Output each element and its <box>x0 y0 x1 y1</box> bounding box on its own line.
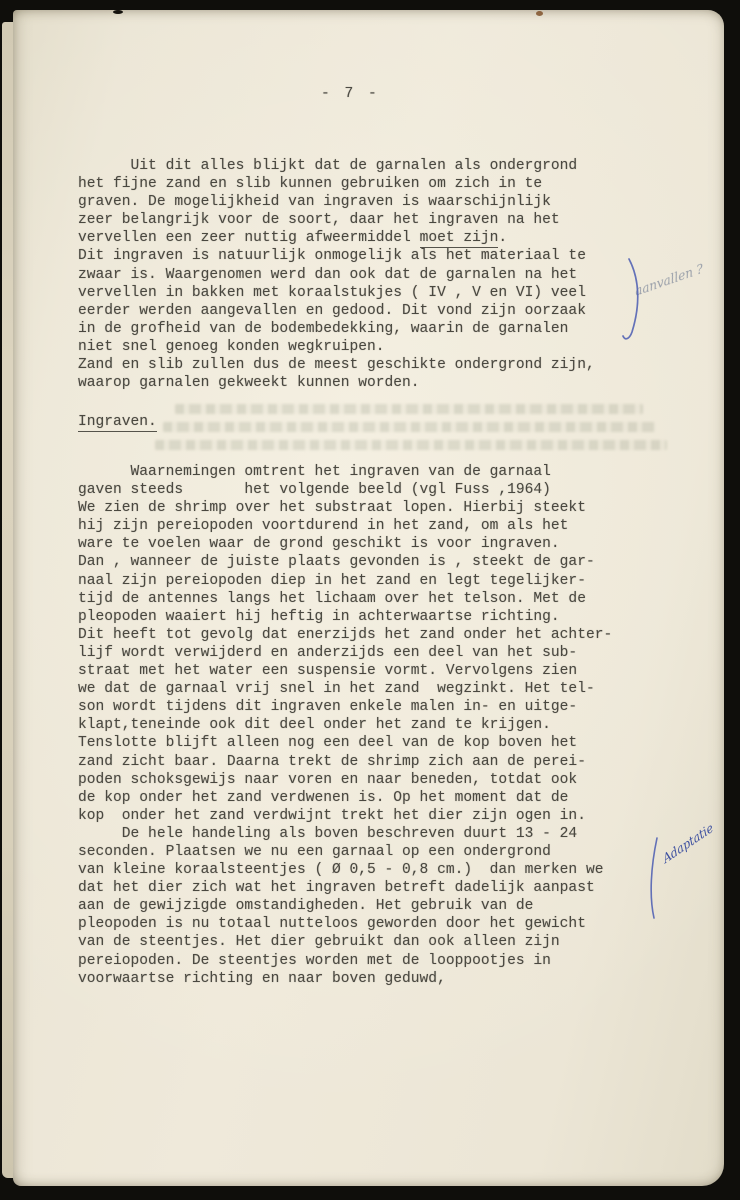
text-line: seconden. Plaatsen we nu een garnaal op … <box>78 843 612 861</box>
section-heading: Ingraven. <box>78 414 157 432</box>
text-line: poden schoksgewijs naar voren en naar be… <box>78 771 612 789</box>
bleed-through-line <box>155 440 667 450</box>
bleed-through-line <box>175 404 643 414</box>
text-line: straat met het water een suspensie vormt… <box>78 662 612 680</box>
bleed-through-line <box>163 422 655 432</box>
text-line: klapt,teneinde ook dit deel onder het za… <box>78 716 612 734</box>
text-line: pleopoden waaiert hij heftig in achterwa… <box>78 608 612 626</box>
text-line: De hele handeling als boven beschreven d… <box>78 825 612 843</box>
text-line: eerder werden aangevallen en gedood. Dit… <box>78 302 595 320</box>
text-line: hij zijn pereiopoden voortdurend in het … <box>78 517 612 535</box>
paper-speck <box>113 10 123 14</box>
scanned-document-photo: - 7 - Uit dit alles blijkt dat de garnal… <box>0 0 740 1200</box>
text-line: tijd de antennes langs het lichaam over … <box>78 590 612 608</box>
text-line: zwaar is. Waargenomen werd dan ook dat d… <box>78 266 595 284</box>
text-line: Dit ingraven is natuurlijk onmogelijk al… <box>78 247 595 265</box>
text-line: son wordt tijdens dit ingraven enkele ma… <box>78 698 612 716</box>
text-line: Uit dit alles blijkt dat de garnalen als… <box>78 157 595 175</box>
text-line: pleopoden is nu totaal nutteloos geworde… <box>78 915 612 933</box>
text-line: zeer belangrijk voor de soort, daar het … <box>78 211 595 229</box>
text-line: Dit heeft tot gevolg dat enerzijds het z… <box>78 626 612 644</box>
text-line: in de grofheid van de bodembedekking, wa… <box>78 320 595 338</box>
text-line: ware te voelen waar de grond geschikt is… <box>78 535 612 553</box>
text-line: Dan , wanneer de juiste plaats gevonden … <box>78 553 612 571</box>
text-line: niet snel genoeg konden wegkruipen. <box>78 338 595 356</box>
text-line: lijf wordt verwijderd en anderzijds een … <box>78 644 612 662</box>
text-line: We zien de shrimp over het substraat lop… <box>78 499 612 517</box>
document-page: - 7 - Uit dit alles blijkt dat de garnal… <box>13 10 724 1186</box>
text-line: vervellen in bakken met koraalstukjes ( … <box>78 284 595 302</box>
text-line: dat het dier zich wat het ingraven betre… <box>78 879 612 897</box>
page-number: - 7 - <box>321 86 380 102</box>
paragraph-1: Uit dit alles blijkt dat de garnalen als… <box>78 157 595 392</box>
text-line: gaven steeds het volgende beeld (vgl Fus… <box>78 481 612 499</box>
text-line: aan de gewijzigde omstandigheden. Het ge… <box>78 897 612 915</box>
text-line: pereiopoden. De steentjes worden met de … <box>78 952 612 970</box>
text-line: de kop onder het zand verdwenen is. Op h… <box>78 789 612 807</box>
text-line: Tenslotte blijft alleen nog een deel van… <box>78 734 612 752</box>
margin-note-handwritten-2: Adaptatie <box>661 820 715 866</box>
ink-line-icon <box>651 838 657 918</box>
text-line: voorwaartse richting en naar boven geduw… <box>78 970 612 988</box>
text-line: van de steentjes. Het dier gebruikt dan … <box>78 933 612 951</box>
text-line: Waarnemingen omtrent het ingraven van de… <box>78 463 612 481</box>
text-line: waarop garnalen gekweekt kunnen worden. <box>78 374 595 392</box>
text-line: zand zicht baar. Daarna trekt de shrimp … <box>78 753 612 771</box>
paper-speck <box>536 11 543 16</box>
text-line: kop onder het zand verdwijnt trekt het d… <box>78 807 612 825</box>
text-line: van kleine koraalsteentjes ( Ø 0,5 - 0,8… <box>78 861 612 879</box>
text-line: Zand en slib zullen dus de meest geschik… <box>78 356 595 374</box>
text-line: naal zijn pereiopoden diep in het zand e… <box>78 572 612 590</box>
text-line: graven. De mogelijkheid van ingraven is … <box>78 193 595 211</box>
text-line: we dat de garnaal vrij snel in het zand … <box>78 680 612 698</box>
margin-note-handwritten-1: aanvallen ? <box>634 261 704 299</box>
text-line: vervellen een zeer nuttig afweermiddel m… <box>78 229 595 247</box>
paragraph-2: Waarnemingen omtrent het ingraven van de… <box>78 463 612 988</box>
text-line: het fijne zand en slib kunnen gebruiken … <box>78 175 595 193</box>
